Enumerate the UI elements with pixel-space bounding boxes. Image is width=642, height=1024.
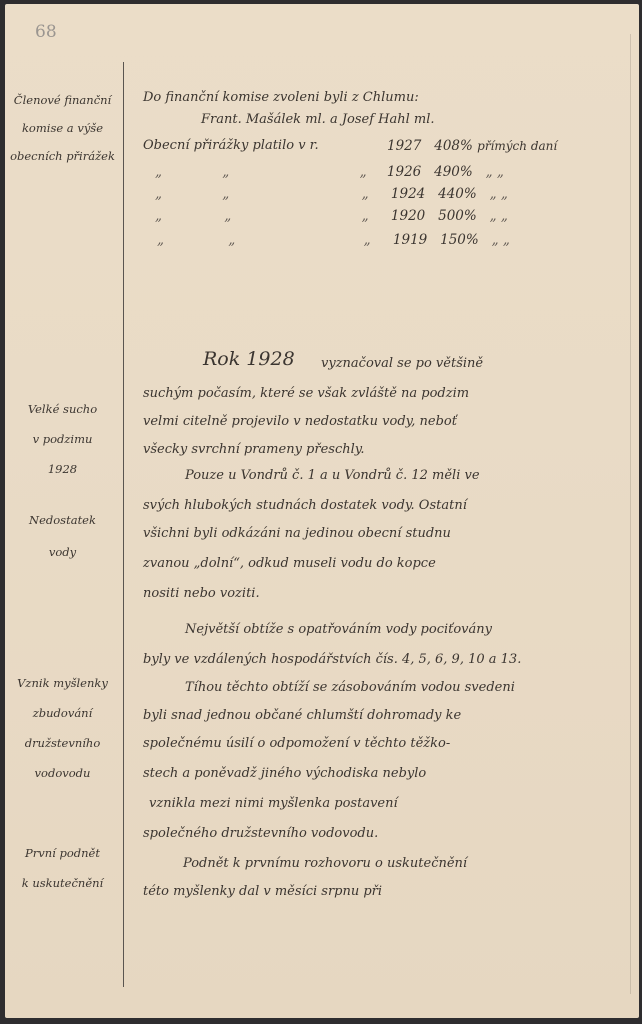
margin-note-line: vody	[5, 536, 120, 568]
paragraph-line: společného družstevního vodovodu.	[143, 826, 378, 841]
rate-value: 490%	[434, 164, 473, 180]
margin-note-line: První podnět	[5, 838, 120, 868]
margin-note-line: Nedostatek	[5, 504, 120, 536]
margin-note-first-impulse: První podnět k uskutečnění	[5, 838, 120, 898]
paragraph-line: Největší obtíže s opatřováním vody pociť…	[185, 622, 492, 637]
finance-line-1: Do finanční komise zvoleni byli z Chlumu…	[143, 90, 419, 105]
margin-note-line: zbudování	[5, 698, 120, 728]
paragraph-line: společnému úsilí o odpomožení v těchto t…	[143, 736, 450, 751]
ditto-mark: „	[155, 186, 162, 202]
paragraph-line: svých hlubokých studnách dostatek vody. …	[143, 498, 467, 513]
rate-row: „ „ „ 1919 150% „ „	[157, 232, 510, 248]
margin-note-finance-committee: Členové finanční komise a výše obecních …	[5, 86, 120, 170]
margin-note-line: Vznik myšlenky	[5, 668, 120, 698]
ditto-mark: „	[362, 208, 369, 224]
ditto-mark: „	[222, 164, 229, 180]
ditto-mark: „	[362, 186, 369, 202]
finance-line-3-label: Obecní přirážky platilo v r.	[143, 138, 319, 153]
rate-note: „ „	[490, 186, 508, 202]
rate-row: „ „ „ 1920 500% „ „	[155, 208, 508, 224]
margin-note-water-shortage: Nedostatek vody	[5, 504, 120, 568]
rate-value: 150%	[440, 232, 479, 248]
page-number: 68	[35, 22, 57, 42]
paragraph-line: Pouze u Vondrů č. 1 a u Vondrů č. 12 měl…	[185, 468, 480, 483]
margin-note-line: obecních přirážek	[5, 142, 120, 170]
ditto-mark: „	[228, 232, 235, 248]
rate-value: 408%	[434, 138, 473, 154]
rate-value: 440%	[438, 186, 477, 202]
paragraph-line: byly ve vzdálených hospodářstvích čís. 4…	[143, 652, 521, 667]
margin-note-line: vodovodu	[5, 758, 120, 788]
ditto-mark: „	[157, 232, 164, 248]
rate-note: „ „	[492, 232, 510, 248]
paragraph-line: vyznačoval se po většině	[321, 356, 483, 371]
rate-row: 1927 408% přímých daní	[387, 138, 557, 154]
paragraph-line: Tíhou těchto obtíží se zásobováním vodou…	[185, 680, 515, 695]
margin-note-line: Členové finanční	[5, 86, 120, 114]
rate-note: přímých daní	[477, 139, 557, 153]
manuscript-page: 68 Členové finanční komise a výše obecní…	[5, 4, 639, 1018]
rate-year: 1920	[391, 208, 425, 224]
rate-value: 500%	[438, 208, 477, 224]
paragraph-line: stech a poněvadž jiného východiska nebyl…	[143, 766, 426, 781]
paragraph-line: suchým počasím, které se však zvláště na…	[143, 386, 469, 401]
rate-year: 1926	[387, 164, 421, 180]
ditto-mark: „	[222, 186, 229, 202]
margin-note-line: k uskutečnění	[5, 868, 120, 898]
paragraph-line: zvanou „dolní“, odkud museli vodu do kop…	[143, 556, 436, 571]
ditto-mark: „	[360, 164, 367, 180]
ditto-mark: „	[364, 232, 371, 248]
rate-note: „ „	[486, 164, 504, 180]
rate-row: „ „ „ 1926 490% „ „	[155, 164, 504, 180]
margin-note-line: družstevního	[5, 728, 120, 758]
rate-year: 1919	[393, 232, 427, 248]
paragraph-line: všichni byli odkázáni na jedinou obecní …	[143, 526, 451, 541]
rate-year: 1927	[387, 138, 421, 154]
margin-note-waterworks-idea: Vznik myšlenky zbudování družstevního vo…	[5, 668, 120, 788]
ditto-mark: „	[155, 164, 162, 180]
year-heading: Rok 1928	[203, 348, 295, 370]
page-edge	[630, 34, 631, 994]
rate-year: 1924	[391, 186, 425, 202]
margin-note-line: komise a výše	[5, 114, 120, 142]
margin-note-line: 1928	[5, 454, 120, 484]
margin-note-line: v podzimu	[5, 424, 120, 454]
margin-note-drought: Velké sucho v podzimu 1928	[5, 394, 120, 484]
paragraph-line: nositi nebo voziti.	[143, 586, 260, 601]
paragraph-line: Podnět k prvnímu rozhovoru o uskutečnění	[183, 856, 467, 871]
paragraph-line: všecky svrchní prameny přeschly.	[143, 442, 365, 457]
rate-row: „ „ „ 1924 440% „ „	[155, 186, 508, 202]
paragraph-line: byli snad jednou občané chlumští dohroma…	[143, 708, 461, 723]
margin-rule	[123, 62, 124, 987]
ditto-mark: „	[155, 208, 162, 224]
ditto-mark: „	[224, 208, 231, 224]
paragraph-line: velmi citelně projevilo v nedostatku vod…	[143, 414, 457, 429]
finance-line-2: Frant. Mašálek ml. a Josef Hahl ml.	[201, 112, 435, 127]
paragraph-line: vznikla mezi nimi myšlenka postavení	[149, 796, 398, 811]
paragraph-line: této myšlenky dal v měsíci srpnu při	[143, 884, 382, 899]
margin-note-line: Velké sucho	[5, 394, 120, 424]
rate-note: „ „	[490, 208, 508, 224]
